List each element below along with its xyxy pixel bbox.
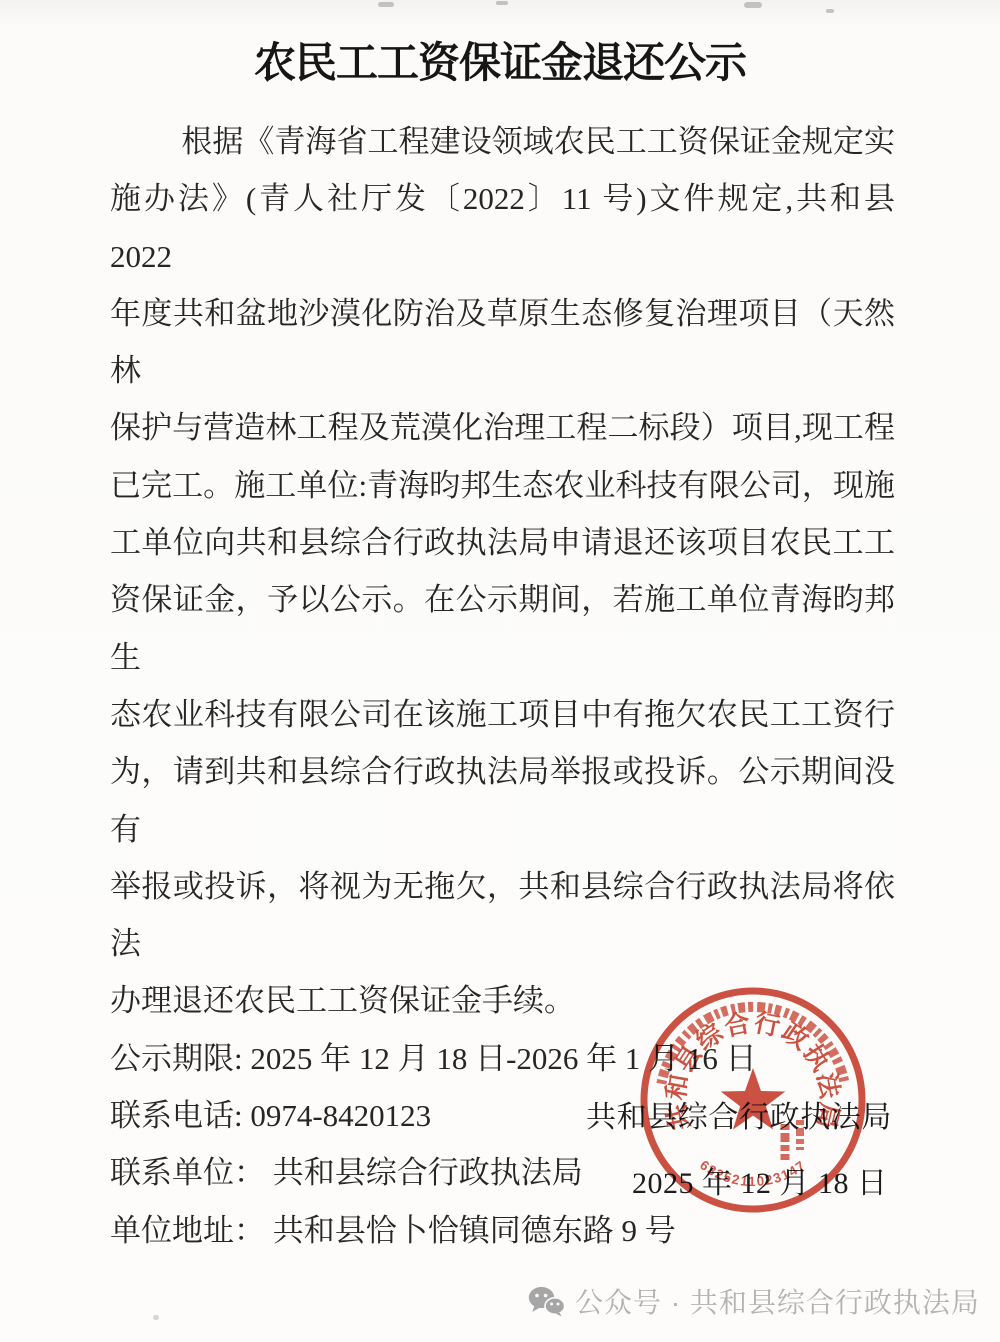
scan-artifact: [153, 1315, 159, 1320]
seal-star: [721, 1068, 786, 1130]
body-line: 工单位向共和县综合行政执法局申请退还该项目农民工工: [110, 514, 895, 571]
scan-artifact: [826, 9, 834, 13]
body-line: 年度共和盆地沙漠化防治及草原生态修复治理项目（天然林: [110, 285, 895, 400]
scan-artifact: [378, 2, 394, 7]
body-line: 资保证金，予以公示。在公示期间，若施工单位青海昀邦生: [110, 571, 895, 686]
wechat-icon: [528, 1286, 565, 1317]
footer-account-label: 公众号 · 共和县综合行政执法局: [575, 1281, 980, 1321]
scan-artifact: [744, 2, 762, 8]
official-seal: 共和县综合行政执法局 6325211023147: [633, 980, 873, 1220]
svg-text:6325211023147: 6325211023147: [697, 1157, 809, 1189]
body-line: 举报或投诉，将视为无拖欠，共和县综合行政执法局将依法: [110, 858, 895, 973]
scan-artifact: [496, 1, 508, 5]
body-line: 态农业科技有限公司在该施工项目中有拖欠农民工工资行: [110, 686, 895, 743]
body-line: 已完工。施工单位:青海昀邦生态农业科技有限公司，现施: [110, 457, 895, 514]
document-page: 农民工工资保证金退还公示 根据《青海省工程建设领域农民工工资保证金规定实 施办法…: [0, 0, 1000, 1342]
wechat-footer: 公众号 · 共和县综合行政执法局: [528, 1281, 980, 1321]
body-line: 为，请到共和县综合行政执法局举报或投诉。公示期间没有: [110, 743, 895, 858]
body-line: 施办法》(青人社厅发〔2022〕11 号)文件规定,共和县 2022: [110, 170, 895, 285]
page-title: 农民工工资保证金退还公示: [0, 0, 1000, 90]
body-line: 保护与营造林工程及荒漠化治理工程二标段）项目,现工程: [110, 399, 895, 456]
body-line: 根据《青海省工程建设领域农民工工资保证金规定实: [110, 113, 895, 170]
seal-code: 6325211023147: [697, 1157, 809, 1189]
